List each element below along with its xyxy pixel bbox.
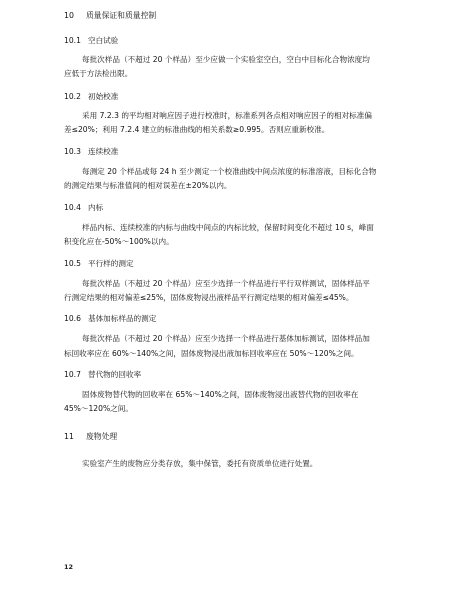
- section-title: 替代物的回收率: [88, 370, 141, 379]
- section-number: 10.2: [64, 92, 88, 102]
- paragraph-line: 的测定结果与标准值间的相对误差在±20%以内。: [64, 181, 232, 191]
- section-heading-10-1: 10.1空白试验: [64, 36, 118, 46]
- section-heading-10-3: 10.3连续校准: [64, 147, 118, 157]
- paragraph-line: 应低于方法检出限。: [64, 69, 132, 79]
- section-heading-10-5: 10.5平行样的测定: [64, 259, 134, 269]
- section-title: 空白试验: [88, 36, 118, 45]
- section-number: 10.3: [64, 147, 88, 157]
- section-title: 连续校准: [88, 147, 118, 156]
- section-number: 10: [64, 11, 86, 21]
- section-heading-10-7: 10.7替代物的回收率: [64, 370, 141, 380]
- section-title: 基体加标样品的测定: [88, 314, 156, 323]
- paragraph-line: 每测定 20 个样品或每 24 h 至少测定一个校准曲线中间点浓度的标准溶液，目…: [82, 167, 376, 177]
- section-title: 初始校准: [88, 92, 118, 101]
- section-number: 10.5: [64, 259, 88, 269]
- section-title: 内标: [88, 203, 103, 212]
- page-number: 12: [64, 563, 73, 571]
- paragraph-line: 标回收率应在 60%～140%之间，固体废物浸出液加标回收率应在 50%～120…: [64, 349, 359, 359]
- paragraph-line: 45%～120%之间。: [64, 404, 133, 414]
- section-number: 10.6: [64, 314, 88, 324]
- section-title: 废物处理: [86, 432, 117, 441]
- paragraph-line: 实验室产生的废物应分类存放，集中保管，委托有资质单位进行处置。: [82, 459, 317, 469]
- paragraph-line: 每批次样品（不超过 20 个样品）至少应做一个实验室空白，空白中目标化合物浓度均: [82, 55, 370, 65]
- section-heading-10-4: 10.4内标: [64, 203, 103, 213]
- paragraph-line: 采用 7.2.3 的平均相对响应因子进行校准时，标准系列各点相对响应因子的相对标…: [82, 111, 372, 121]
- section-number: 10.1: [64, 36, 88, 46]
- paragraph-line: 差≤20%；利用 7.2.4 建立的标准曲线的相关系数≥0.995。否则应重新校…: [64, 125, 329, 135]
- section-title: 质量保证和质量控制: [86, 11, 156, 20]
- section-number: 10.4: [64, 203, 88, 213]
- paragraph-line: 每批次样品（不超过 20 个样品）应至少选择一个样品进行平行双样测试，固体样品平: [82, 279, 370, 289]
- paragraph-line: 样品内标、连续校准的内标与曲线中间点的内标比较，保留时间变化不超过 10 s，峰…: [82, 223, 374, 233]
- section-title: 平行样的测定: [88, 259, 134, 268]
- section-heading-10-2: 10.2初始校准: [64, 92, 118, 102]
- section-heading-11: 11废物处理: [64, 432, 117, 442]
- section-number: 11: [64, 432, 86, 442]
- section-heading-10: 10质量保证和质量控制: [64, 11, 156, 21]
- paragraph-line: 积变化应在-50%～100%以内。: [64, 237, 174, 247]
- section-number: 10.7: [64, 370, 88, 380]
- section-heading-10-6: 10.6基体加标样品的测定: [64, 314, 156, 324]
- paragraph-line: 每批次样品（不超过 20 个样品）应至少选择一个样品进行基体加标测试，固体样品加: [82, 334, 370, 344]
- paragraph-line: 固体废物替代物的回收率在 65%～140%之间，固体废物浸出液替代物的回收率在: [82, 390, 358, 400]
- paragraph-line: 行测定结果的相对偏差≤25%，固体废物浸出液样品平行测定结果的相对偏差≤45%。: [64, 293, 353, 303]
